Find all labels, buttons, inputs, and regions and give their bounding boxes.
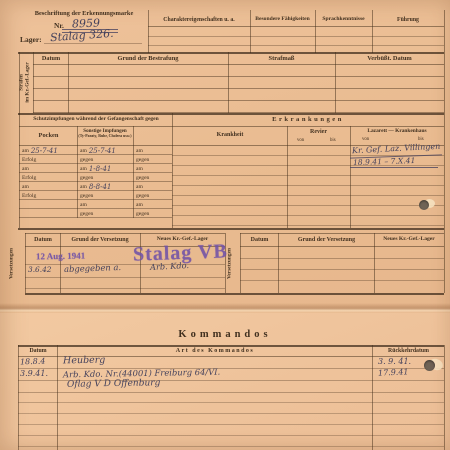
rule-line [148, 45, 444, 46]
strafen-header-datum: Datum [34, 56, 68, 63]
impf-cell: Erfolg [22, 174, 76, 182]
versetzungen-side-label-right: Versetzungen [228, 233, 237, 295]
versetzung-entry-lager: Arb. Kdo. [150, 261, 189, 271]
rule-line [240, 258, 444, 259]
rule-line [44, 43, 142, 44]
kommando-row-rueckkehr: 3. 9. 41. [378, 358, 411, 366]
rule-line [240, 233, 444, 234]
traits-header-faehigkeiten: Besondere Fähigkeiten [252, 17, 313, 23]
versetzungen-r-header-datum: Datum [241, 237, 278, 243]
strafen-header-verbuesst: Verbüßt. Datum [336, 56, 443, 63]
kommandos-title: Kommandos [125, 329, 325, 340]
rule-line [240, 280, 444, 281]
kommandos-empty-rows [18, 392, 444, 450]
versetzung-entry-datum: 3.6.42 [28, 266, 52, 273]
rule-line [444, 345, 445, 450]
impf-cell: gegen [136, 210, 170, 218]
rule-line [25, 288, 225, 289]
rule-line [25, 293, 444, 295]
rule-line [148, 36, 444, 37]
kommando-row-art: Oflag V D Offenburg [67, 379, 160, 390]
impf-cell: gegen [80, 174, 132, 182]
rule-line [250, 10, 251, 53]
strafen-side-label: Strafen im Kr.-Gef.-Lager [20, 53, 33, 113]
rule-line [148, 26, 444, 27]
impf-cell: gegen [80, 156, 132, 164]
rule-line [315, 10, 316, 53]
revier-von-label: von [297, 138, 304, 143]
punch-hole [424, 360, 435, 371]
rule-line [372, 10, 373, 53]
rule-line [350, 167, 438, 168]
erkrankungen-col-lazarett: Lazarett — Krankenhaus [351, 129, 443, 135]
rule-line [240, 269, 444, 270]
versetzung-entry-grund: abgegeben a. [64, 263, 121, 273]
erkrankungen-title: Erkrankungen [172, 117, 444, 124]
strafen-empty-rows [33, 65, 444, 113]
rule-line [240, 246, 444, 247]
impf-cell: am [136, 165, 170, 173]
kommando-row-art: Heuberg [63, 356, 106, 366]
impf-cell: gegen [136, 174, 170, 182]
rule-line [148, 10, 149, 53]
impf-cell: am [136, 147, 170, 155]
impf-cell: gegen [80, 192, 132, 200]
erkrankungen-col-revier: Revier [288, 129, 349, 135]
rule-line [444, 10, 445, 293]
versetzungen-side-label-left: Versetzungen [10, 233, 19, 295]
rule-line [18, 345, 444, 347]
traits-header-sprachen: Sprachkenntnisse [317, 17, 370, 23]
rule-line [18, 52, 444, 54]
kommando-row-datum: 18.8.4 [20, 358, 46, 367]
tag-lager-value: Stalag 326. [50, 28, 114, 43]
versetzungen-r-header-grund: Grund der Versetzung [279, 237, 374, 243]
versetzungen-l-header-grund: Grund der Versetzung [61, 237, 139, 243]
kommando-row-rueckkehr: 17.9.41 [378, 368, 409, 378]
tag-lager-label: Lager: [20, 36, 42, 44]
impf-cell: am 25-7-41 [22, 147, 76, 155]
strafen-header-grund: Grund der Bestrafung [69, 56, 227, 63]
lazarett-entry-dates: 18.9.41 – 7.X.41 [353, 157, 416, 167]
rule-line [25, 277, 225, 278]
impf-cell: Erfolg [22, 156, 76, 164]
impf-cell: am [22, 183, 76, 191]
strafen-header-strafmass: Strafmaß [229, 56, 334, 63]
rule-line [19, 126, 172, 127]
impf-cell: gegen [80, 210, 132, 218]
punch-hole [419, 200, 429, 210]
traits-header-fuehrung: Führung [374, 17, 442, 23]
impfungen-col-pocken: Pocken [20, 133, 77, 140]
kommandos-header-rueckkehr: Rückkehrdatum [373, 348, 444, 354]
kommando-row-datum: 3.9.41. [20, 370, 48, 378]
impf-cell: am [136, 183, 170, 191]
impf-cell: am [80, 201, 132, 209]
pow-record-card-scan: Beschriftung der Erkennungsmarke Nr. 895… [0, 0, 450, 450]
traits-header-charakter: Charaktereigenschaften u. a. [150, 17, 248, 23]
impf-cell: gegen [136, 192, 170, 200]
rule-line [25, 233, 225, 234]
impf-cell: gegen [136, 156, 170, 164]
impf-cell: am 8-8-41 [80, 183, 132, 191]
card-edge-crease [0, 303, 450, 313]
impf-cell: am [22, 165, 76, 173]
impfungen-title: Schutzimpfungen während der Gefangenscha… [21, 117, 171, 123]
impfungen-col-sonstige: Sonstige Impfungen (Ty-Paraty, Ruhr, Cho… [78, 129, 132, 140]
impf-cell: am 1-8-41 [80, 165, 132, 173]
versetzungen-r-header-lager: Neues Kr.-Gef.-Lager [375, 237, 443, 243]
rule-line [18, 228, 444, 230]
revier-bis-label: bis [330, 138, 336, 143]
lazarett-bis-label: bis [418, 137, 424, 142]
erkrankungen-col-krankheit: Krankheit [174, 132, 286, 138]
kommandos-header-art: Art des Kommandos [58, 348, 372, 354]
rule-line [172, 126, 444, 127]
impf-cell: Erfolg [22, 192, 76, 200]
kommandos-header-datum: Datum [19, 348, 57, 354]
impf-cell: am 25-7-41 [80, 147, 132, 155]
date-stamp: 12 Aug. 1941 [36, 251, 85, 262]
impf-cell: am [136, 201, 170, 209]
versetzungen-l-header-datum: Datum [26, 237, 60, 243]
lazarett-von-label: von [362, 137, 369, 142]
rule-line [18, 113, 444, 115]
